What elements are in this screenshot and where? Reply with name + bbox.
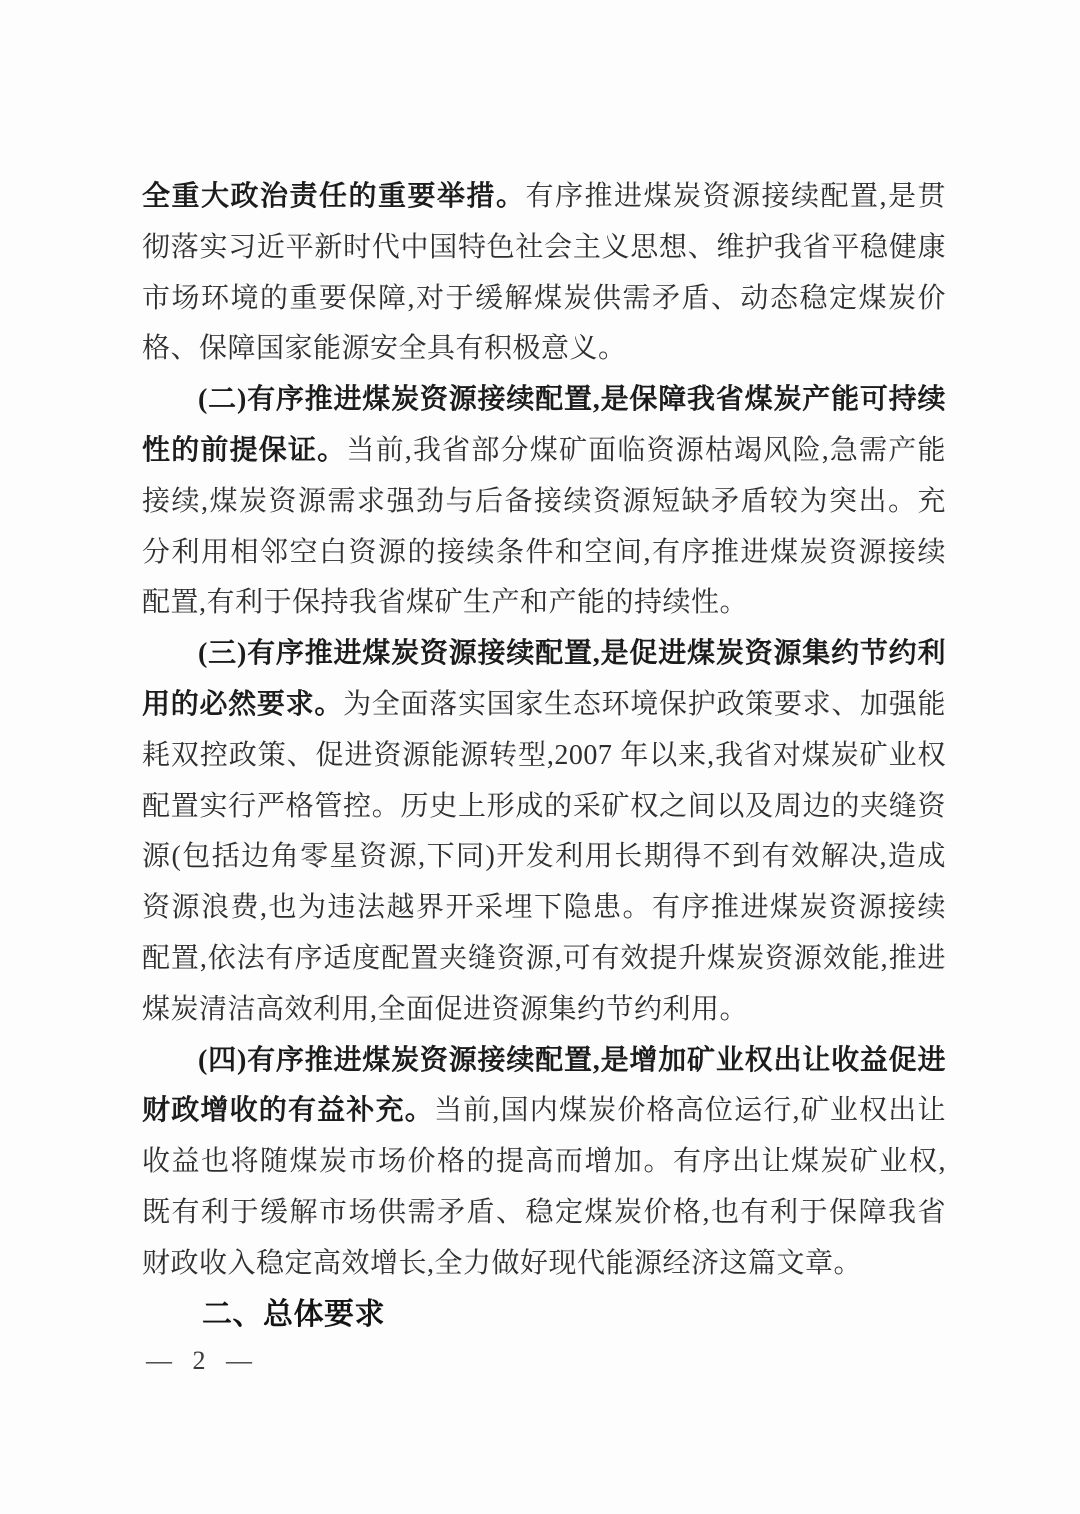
paragraph: (三)有序推进煤炭资源接续配置,是促进煤炭资源集约节约利用的必然要求。为全面落实… [142, 629, 946, 1035]
page-number: — 2 — [146, 1344, 252, 1378]
paragraph: (二)有序推进煤炭资源接续配置,是保障我省煤炭产能可持续性的前提保证。当前,我省… [142, 375, 946, 629]
paragraph-text: 为全面落实国家生态环境保护政策要求、加强能耗双控政策、促进资源能源转型,2007… [142, 689, 946, 1025]
document-page: { "document": { "paragraphs": [ { "bold"… [0, 0, 1080, 1514]
paragraph: (四)有序推进煤炭资源接续配置,是增加矿业权出让收益促进财政增收的有益补充。当前… [142, 1036, 946, 1290]
document-body: 全重大政治责任的重要举措。有序推进煤炭资源接续配置,是贯彻落实习近平新时代中国特… [142, 172, 946, 1340]
paragraph-lead-bold: 全重大政治责任的重要举措。 [142, 181, 526, 212]
paragraph: 全重大政治责任的重要举措。有序推进煤炭资源接续配置,是贯彻落实习近平新时代中国特… [142, 172, 946, 375]
section-heading: 二、总体要求 [142, 1290, 946, 1341]
page-background: 全重大政治责任的重要举措。有序推进煤炭资源接续配置,是贯彻落实习近平新时代中国特… [0, 0, 1080, 1514]
